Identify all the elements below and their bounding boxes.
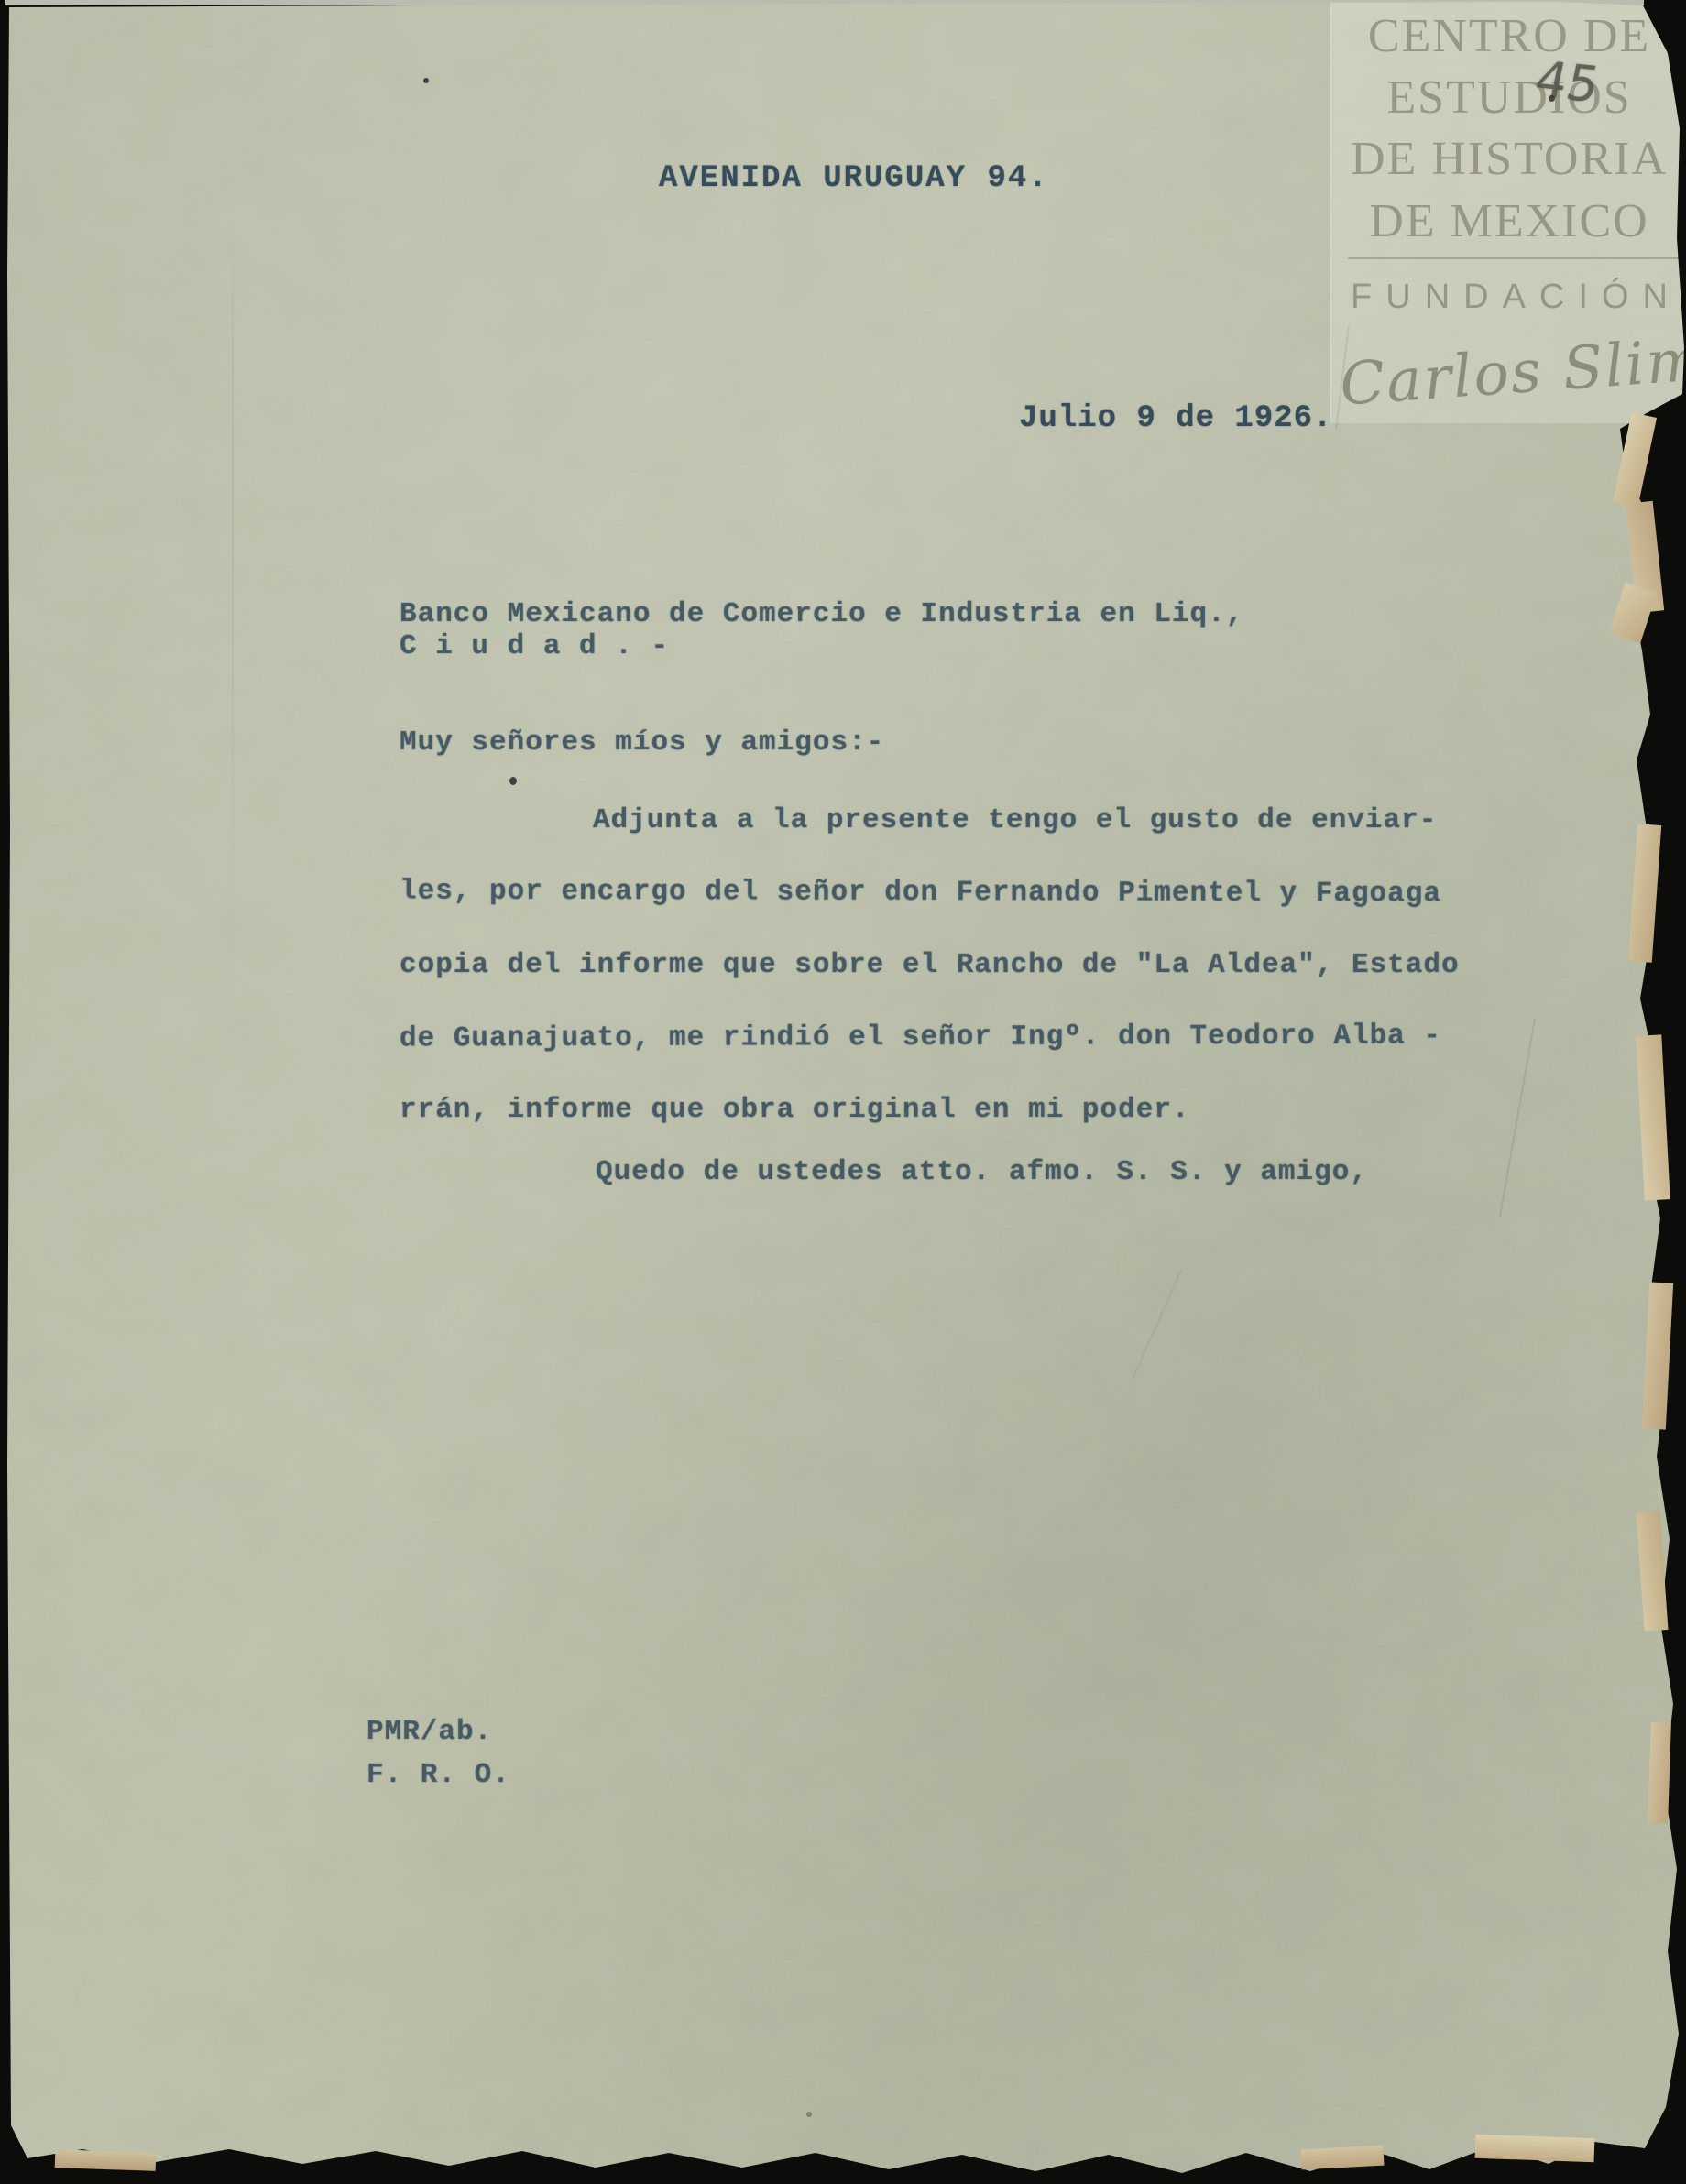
vertical-crease xyxy=(232,192,234,1035)
watermark-divider xyxy=(1348,257,1686,259)
ink-speck xyxy=(806,2112,812,2117)
body-line: les, por encargo del señor don Fernando … xyxy=(400,878,1441,909)
diagonal-crease xyxy=(1133,1269,1183,1379)
letter-paper: CENTRO DE ESTUDIOS DE HISTORIA DE MEXICO… xyxy=(0,0,1686,2184)
scanned-letter-page: CENTRO DE ESTUDIOS DE HISTORIA DE MEXICO… xyxy=(0,0,1686,2184)
salutation: Muy señores míos y amigos:- xyxy=(400,728,884,757)
body-line: Adjunta a la presente tengo el gusto de … xyxy=(593,806,1437,835)
body-line: copia del informe que sobre el Rancho de… xyxy=(400,951,1460,979)
body-line: rrán, informe que obra original en mi po… xyxy=(400,1096,1190,1124)
signer-initials: F. R. O. xyxy=(367,1761,510,1789)
closing-line: Quedo de ustedes atto. afmo. S. S. y ami… xyxy=(596,1158,1368,1186)
recipient-city: C i u d a d . - xyxy=(400,632,669,661)
pencil-page-number: 45 xyxy=(1530,50,1605,114)
ink-speck xyxy=(509,777,517,785)
recipient-name: Banco Mexicano de Comercio e Industria e… xyxy=(400,600,1243,628)
watermark-foundation-label: FUNDACIÓN xyxy=(1331,278,1686,317)
watermark-line: ESTUDIOS xyxy=(1331,71,1686,125)
watermark-line: DE MEXICO xyxy=(1331,194,1686,248)
reference-initials: PMR/ab. xyxy=(367,1718,492,1746)
watermark-line: DE HISTORIA xyxy=(1331,132,1686,186)
diagonal-crease xyxy=(1499,1018,1536,1217)
watermark-line: CENTRO DE xyxy=(1331,9,1686,63)
body-line: de Guanajuato, me rindió el señor Ingº. … xyxy=(400,1022,1441,1054)
letterhead-address: AVENIDA URUGUAY 94. xyxy=(659,163,1049,194)
ink-speck xyxy=(423,78,429,83)
ink-speck xyxy=(1549,95,1555,102)
letter-date: Julio 9 de 1926. xyxy=(1019,403,1332,434)
